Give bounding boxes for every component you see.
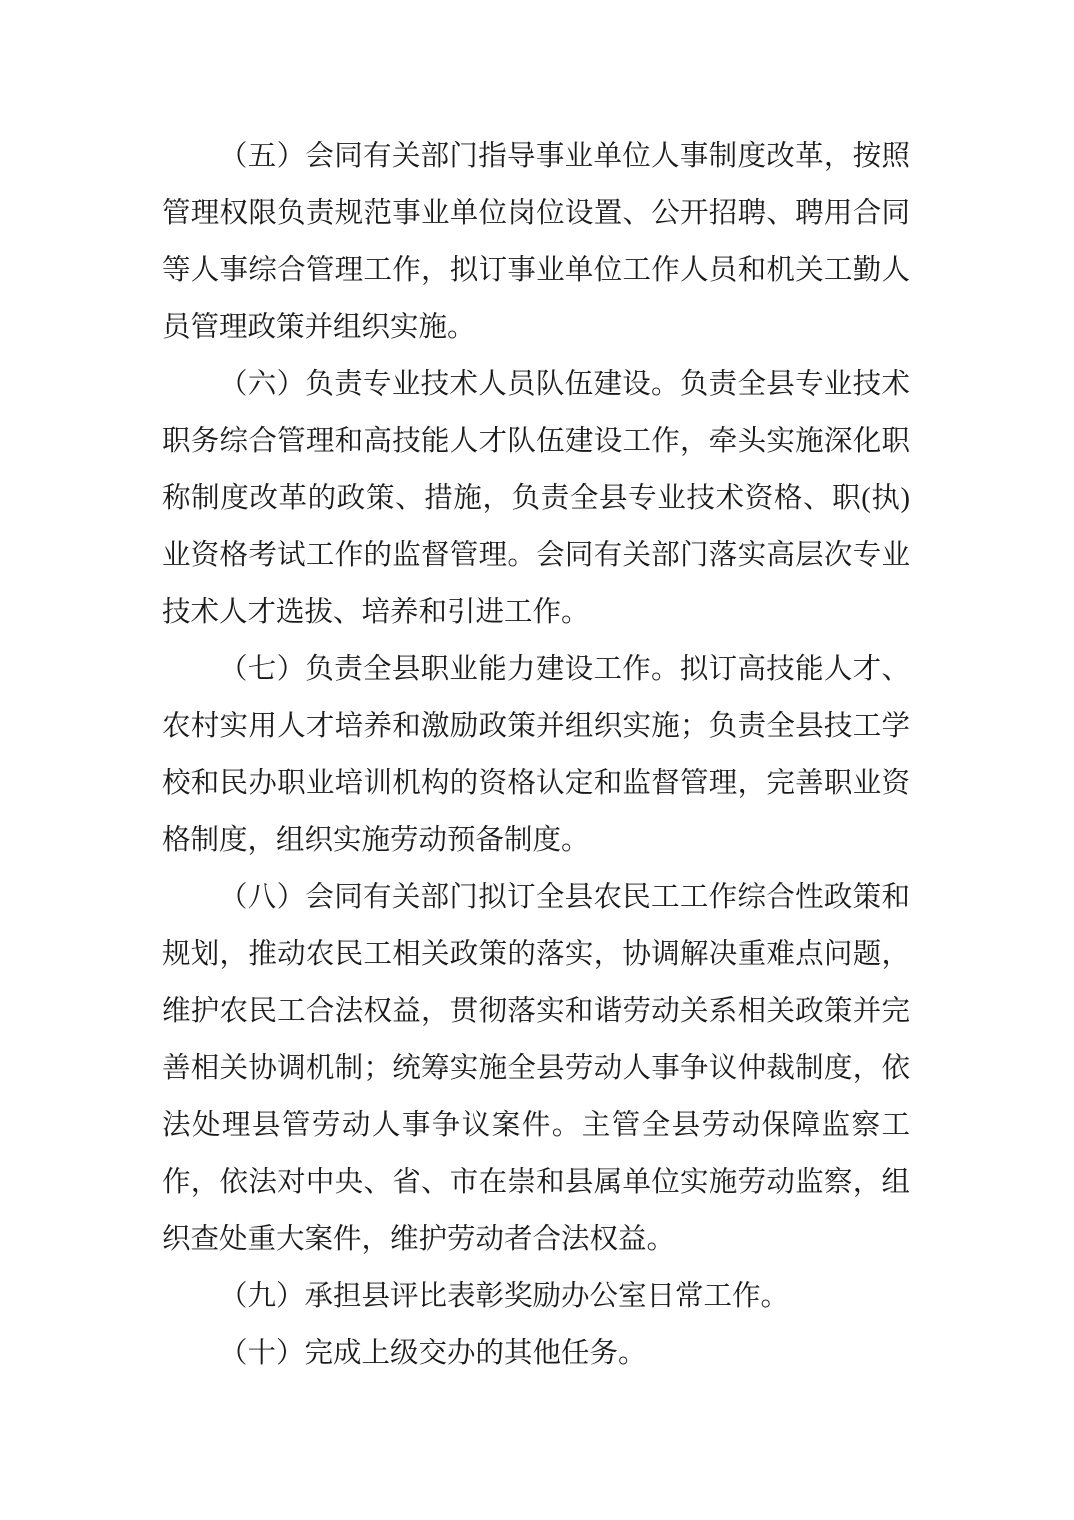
doc-line: 员管理政策并组织实施。: [162, 299, 910, 356]
paragraph-item-6: （六）负责专业技术人员队伍建设。负责全县专业技术 职务综合管理和高技能人才队伍建…: [162, 356, 910, 641]
doc-line: 法处理县管劳动人事争议案件。主管全县劳动保障监察工: [162, 1097, 910, 1154]
doc-line: 校和民办职业培训机构的资格认定和监督管理，完善职业资: [162, 755, 910, 812]
doc-line: 管理权限负责规范事业单位岗位设置、公开招聘、聘用合同: [162, 185, 910, 242]
paragraph-item-5: （五）会同有关部门指导事业单位人事制度改革，按照 管理权限负责规范事业单位岗位设…: [162, 128, 910, 356]
doc-line: 等人事综合管理工作，拟订事业单位工作人员和机关工勤人: [162, 242, 910, 299]
paragraph-item-10: （十）完成上级交办的其他任务。: [162, 1325, 910, 1382]
doc-line: 农村实用人才培养和激励政策并组织实施；负责全县技工学: [162, 698, 910, 755]
document-text-block: （五）会同有关部门指导事业单位人事制度改革，按照 管理权限负责规范事业单位岗位设…: [162, 128, 910, 1382]
doc-line: 技术人才选拔、培养和引进工作。: [162, 584, 910, 641]
doc-line: 职务综合管理和高技能人才队伍建设工作，牵头实施深化职: [162, 413, 910, 470]
doc-line: （七）负责全县职业能力建设工作。拟订高技能人才、: [162, 641, 910, 698]
doc-line: （六）负责专业技术人员队伍建设。负责全县专业技术: [162, 356, 910, 413]
doc-line: 规划，推动农民工相关政策的落实，协调解决重难点问题，: [162, 926, 910, 983]
doc-line: （八）会同有关部门拟订全县农民工工作综合性政策和: [162, 869, 910, 926]
doc-line: 格制度，组织实施劳动预备制度。: [162, 812, 910, 869]
paragraph-item-7: （七）负责全县职业能力建设工作。拟订高技能人才、 农村实用人才培养和激励政策并组…: [162, 641, 910, 869]
paragraph-item-8: （八）会同有关部门拟订全县农民工工作综合性政策和 规划，推动农民工相关政策的落实…: [162, 869, 910, 1268]
doc-line: 善相关协调机制；统筹实施全县劳动人事争议仲裁制度，依: [162, 1040, 910, 1097]
doc-line: 维护农民工合法权益，贯彻落实和谐劳动关系相关政策并完: [162, 983, 910, 1040]
doc-line: （十）完成上级交办的其他任务。: [162, 1325, 910, 1382]
paragraph-item-9: （九）承担县评比表彰奖励办公室日常工作。: [162, 1268, 910, 1325]
doc-line: （五）会同有关部门指导事业单位人事制度改革，按照: [162, 128, 910, 185]
doc-line: 织查处重大案件，维护劳动者合法权益。: [162, 1211, 910, 1268]
doc-line: （九）承担县评比表彰奖励办公室日常工作。: [162, 1268, 910, 1325]
document-page: （五）会同有关部门指导事业单位人事制度改革，按照 管理权限负责规范事业单位岗位设…: [0, 0, 1074, 1520]
doc-line: 业资格考试工作的监督管理。会同有关部门落实高层次专业: [162, 527, 910, 584]
doc-line: 称制度改革的政策、措施，负责全县专业技术资格、职(执): [162, 470, 910, 527]
doc-line: 作，依法对中央、省、市在崇和县属单位实施劳动监察，组: [162, 1154, 910, 1211]
